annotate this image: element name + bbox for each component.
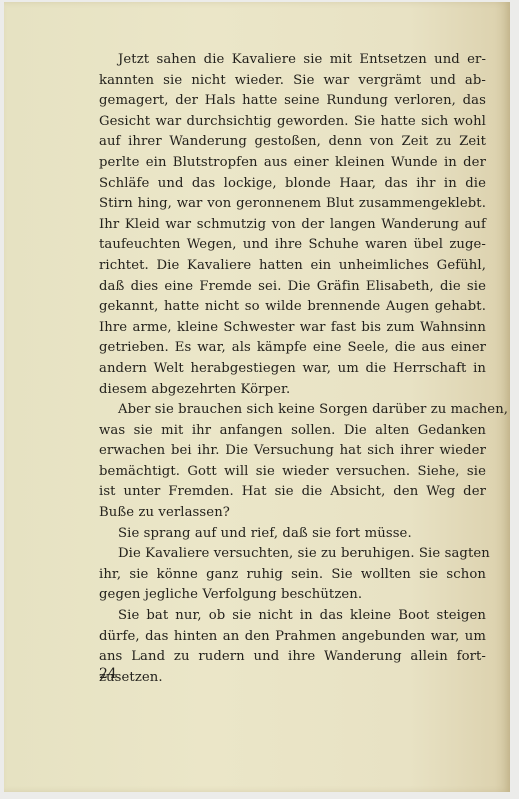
text-line: gemagert, der Hals hatte seine Rundung v… (99, 91, 486, 112)
text-line: daß dies eine Fremde sei. Die Gräfin Eli… (99, 277, 486, 298)
text-line: gegen jegliche Verfolgung beschützen. (99, 585, 486, 606)
text-line: diesem abgezehrten Körper. (99, 380, 486, 401)
text-line: erwachen bei ihr. Die Versuchung hat sic… (99, 441, 486, 462)
text-line: kannten sie nicht wieder. Sie war vergrä… (99, 71, 486, 92)
text-line: bemächtigt. Gott will sie wieder versuch… (99, 462, 486, 483)
text-line: ist unter Fremden. Hat sie die Absicht, … (99, 482, 486, 503)
page-number: 24 (99, 666, 117, 682)
text-line: Sie sprang auf und rief, daß sie fort mü… (99, 524, 486, 545)
text-line: Stirn hing, war von geronnenem Blut zusa… (99, 194, 486, 215)
text-line: Aber sie brauchen sich keine Sorgen darü… (99, 400, 486, 421)
paragraph-2: Aber sie brauchen sich keine Sorgen darü… (99, 400, 486, 524)
text-line: zusetzen. (99, 668, 486, 689)
text-line: ans Land zu rudern und ihre Wanderung al… (99, 647, 486, 668)
text-line: Sie bat nur, ob sie nicht in das kleine … (99, 606, 486, 627)
text-line: gekannt, hatte nicht so wilde brennende … (99, 297, 486, 318)
paragraph-3: Sie sprang auf und rief, daß sie fort mü… (99, 524, 486, 545)
text-line: Buße zu verlassen? (99, 503, 486, 524)
text-line: Jetzt sahen die Kavaliere sie mit Entset… (99, 50, 486, 71)
text-line: auf ihrer Wanderung gestoßen, denn von Z… (99, 132, 486, 153)
book-page: Jetzt sahen die Kavaliere sie mit Entset… (4, 2, 510, 792)
text-line: perlte ein Blutstropfen aus einer kleine… (99, 153, 486, 174)
text-line: richtet. Die Kavaliere hatten ein unheim… (99, 256, 486, 277)
text-line: Ihr Kleid war schmutzig von der langen W… (99, 215, 486, 236)
text-line: Ihre arme, kleine Schwester war fast bis… (99, 318, 486, 339)
text-line: ihr, sie könne ganz ruhig sein. Sie woll… (99, 565, 486, 586)
text-line: Gesicht war durchsichtig geworden. Sie h… (99, 112, 486, 133)
text-line: dürfe, das hinten an den Prahmen angebun… (99, 627, 486, 648)
page-body-text: Jetzt sahen die Kavaliere sie mit Entset… (99, 50, 486, 688)
paragraph-1: Jetzt sahen die Kavaliere sie mit Entset… (99, 50, 486, 400)
text-line: andern Welt herabgestiegen war, um die H… (99, 359, 486, 380)
text-line: Die Kavaliere versuchten, sie zu beruhig… (99, 544, 486, 565)
text-line: was sie mit ihr anfangen sollen. Die alt… (99, 421, 486, 442)
paragraph-4: Die Kavaliere versuchten, sie zu beruhig… (99, 544, 486, 606)
text-line: getrieben. Es war, als kämpfe eine Seele… (99, 338, 486, 359)
paragraph-5: Sie bat nur, ob sie nicht in das kleine … (99, 606, 486, 688)
text-line: taufeuchten Wegen, und ihre Schuhe waren… (99, 235, 486, 256)
text-line: Schläfe und das lockige, blonde Haar, da… (99, 174, 486, 195)
